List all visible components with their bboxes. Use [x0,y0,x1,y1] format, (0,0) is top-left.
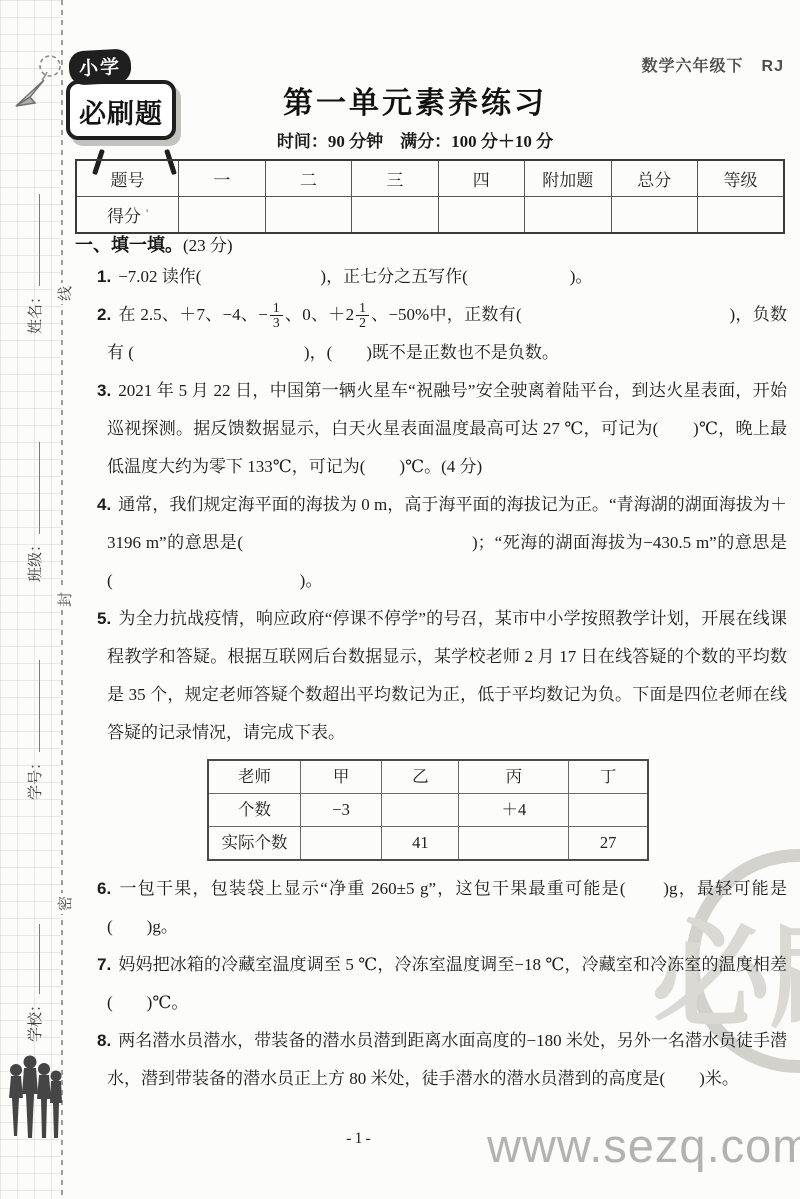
school-blank-line [26,924,40,994]
table-header-cell: 丁 [569,760,648,794]
table-row: 个数−3＋4 [208,794,648,827]
question-5: 5.为全力抗战疫情，响应政府“停课不停学”的号召，某市中小学按照教学计划，开展在… [97,600,787,752]
name-blank-line [26,194,40,286]
edition-label: 数学六年级下 [642,58,744,75]
school-label: 学校： [27,997,44,1042]
teacher-record-table: 老师甲乙丙丁个数−3＋4实际个数4127 [207,759,649,861]
table-cell [300,827,381,861]
table-row: 实际个数4127 [208,827,648,861]
question-7: 7.妈妈把冰箱的冷藏室温度调至 5 ℃，冷冻室温度调至−18 ℃，冷藏室和冷冻室… [97,946,787,1022]
question-number: 2. [97,305,111,324]
table-header-cell: 甲 [300,760,381,794]
student-no-label: 学号： [27,755,44,800]
stray-mark: ' [146,206,148,220]
score-blank-cell [179,197,265,234]
class-label: 班级： [27,537,44,582]
question-number: 3. [97,381,111,400]
table-header-row: 老师甲乙丙丁 [208,760,648,794]
table-cell: 个数 [208,794,300,827]
question-8: 8.两名潜水员潜水，带装备的潜水员潜到距离水面高度的−180 米处，另外一名潜水… [97,1022,787,1098]
seal-char-mi: 密 [53,893,76,914]
seal-char-xian: 线 [53,283,76,304]
question-number: 1. [97,267,111,286]
questions-list: 1.−7.02 读作( )，正七分之五写作( )。2.在 2.5、＋7、−4、−… [97,258,787,1098]
question-3: 3.2021 年 5 月 22 日，中国第一辆火星车“祝融号”安全驶离着陆平台，… [97,372,787,486]
table-cell: −3 [300,794,381,827]
edition-header: 数学六年级下RJ [642,53,784,76]
score-blank-cell [265,197,351,234]
fraction: 13 [270,301,283,332]
section-points: (23 分) [183,236,233,255]
school-field: 学校： [24,924,45,1042]
edition-code: RJ [762,58,784,75]
section-heading-text: 一、填一填。 [75,235,183,255]
worksheet-page: 线 封 密 姓名： 班级： 学号： 学校： 数学六年级下RJ 小学 必刷题 第一… [0,0,800,1199]
site-watermark: www.sezq.com [487,1118,800,1173]
student-no-blank-line [26,660,40,752]
table-cell: ＋4 [459,794,569,827]
score-header-cell: 四 [438,160,524,197]
score-header-cell: 附加题 [525,160,611,197]
table-header-cell: 老师 [208,760,300,794]
table-header-cell: 乙 [382,760,459,794]
question-number: 8. [97,1031,111,1050]
table-cell: 41 [382,827,459,861]
question-2: 2.在 2.5、＋7、−4、−13、0、＋212、−50%中，正数有( )，负数… [97,296,787,372]
page-title: 第一单元素养练习 [30,78,800,122]
score-header-cell: 总分 [611,160,697,197]
name-label: 姓名： [27,289,44,334]
score-row-label-cell: 得分' [76,197,179,234]
table-header-cell: 丙 [459,760,569,794]
score-blank-cell [438,197,524,234]
score-blank-cell [698,197,784,234]
class-blank-line [26,442,40,534]
logo-top-text: 小学 [68,48,132,85]
exam-meta: 时间：90 分钟 满分：100 分＋10 分 [30,127,800,152]
question-4: 4.通常，我们规定海平面的海拔为 0 m，高于海平面的海拔记为正。“青海湖的湖面… [97,486,787,600]
section-heading: 一、填一填。(23 分) [75,231,233,257]
score-blank-cell [352,197,438,234]
question-1: 1.−7.02 读作( )，正七分之五写作( )。 [97,258,787,296]
score-header-row: 题号 一 二 三 四 附加题 总分 等级 [76,160,784,197]
student-no-field: 学号： [24,660,45,800]
table-cell: 实际个数 [208,827,300,861]
score-header-cell: 二 [265,160,351,197]
seal-char-feng: 封 [53,589,76,610]
table-cell [382,794,459,827]
score-header-cell: 题号 [76,160,179,197]
children-silhouette-icon [6,1042,64,1142]
score-blank-cell [611,197,697,234]
question-number: 6. [97,879,111,898]
table-cell: 27 [569,827,648,861]
score-header-cell: 三 [352,160,438,197]
question-number: 4. [97,495,111,514]
score-header-cell: 等级 [698,160,784,197]
class-field: 班级： [24,442,45,582]
table-cell [459,827,569,861]
table-cell [569,794,648,827]
question-number: 5. [97,609,111,628]
score-value-row: 得分' [76,197,784,234]
name-field: 姓名： [24,194,45,334]
score-table: 题号 一 二 三 四 附加题 总分 等级 得分' [75,159,785,234]
fraction: 12 [356,301,369,332]
question-number: 7. [97,955,111,974]
question-6: 6.一包干果，包装袋上显示“净重 260±5 g”，这包干果最重可能是( )g，… [97,870,787,946]
score-blank-cell [525,197,611,234]
score-header-cell: 一 [179,160,265,197]
